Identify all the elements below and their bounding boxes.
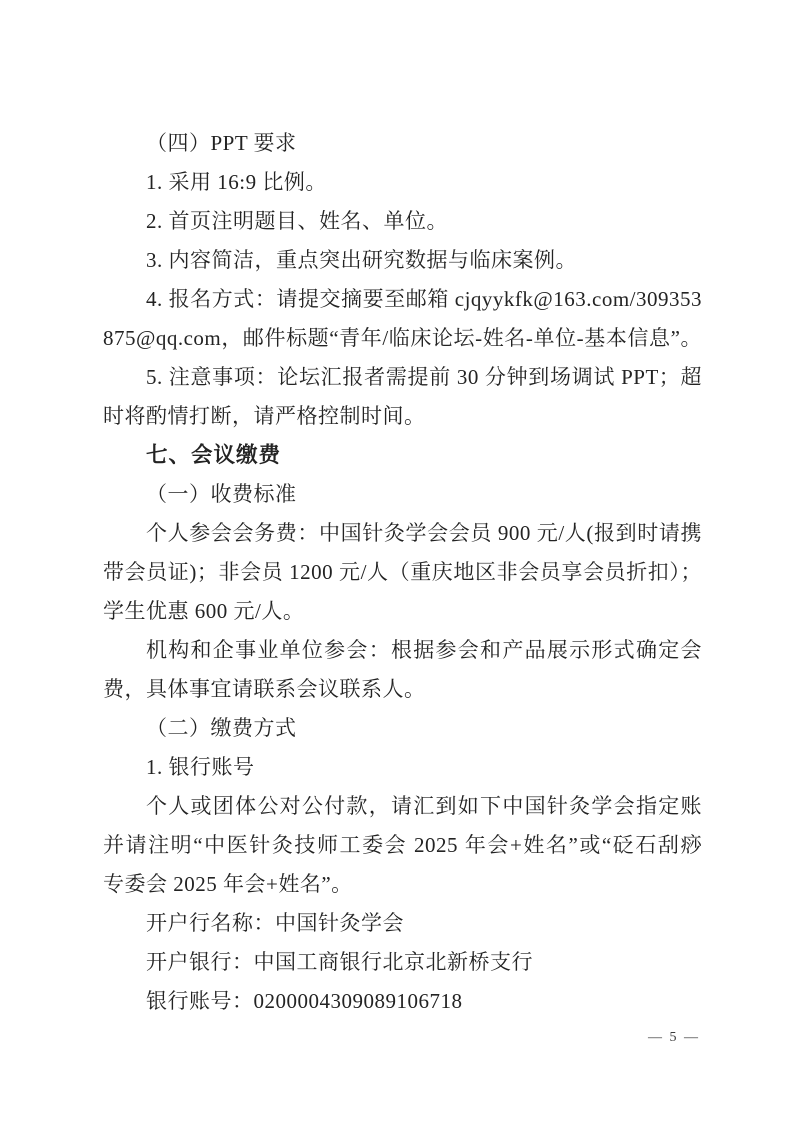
document-line: 费，具体事宜请联系会议联系人。: [103, 670, 702, 709]
document-line: 机构和企事业单位参会：根据参会和产品展示形式确定会务: [103, 631, 702, 670]
document-line: 专委会 2025 年会+姓名”。: [103, 865, 702, 904]
document-line: 个人参会会务费：中国针灸学会会员 900 元/人(报到时请携: [103, 514, 702, 553]
document-page: （四）PPT 要求1. 采用 16:9 比例。2. 首页注明题目、姓名、单位。3…: [0, 0, 800, 1131]
document-line: 1. 采用 16:9 比例。: [103, 163, 702, 202]
document-line: 875@qq.com，邮件标题“青年/临床论坛-姓名-单位-基本信息”。: [103, 319, 702, 358]
document-line: （四）PPT 要求: [103, 124, 702, 163]
document-line: 2. 首页注明题目、姓名、单位。: [103, 202, 702, 241]
document-body: （四）PPT 要求1. 采用 16:9 比例。2. 首页注明题目、姓名、单位。3…: [103, 124, 702, 1021]
page-number: — 5 —: [648, 1028, 700, 1048]
document-line: 1. 银行账号: [103, 748, 702, 787]
document-line: 4. 报名方式：请提交摘要至邮箱 cjqyykfk@163.com/309353: [103, 280, 702, 319]
section-heading: 七、会议缴费: [103, 436, 702, 475]
document-line: 时将酌情打断，请严格控制时间。: [103, 397, 702, 436]
document-line: 银行账号：0200004309089106718: [103, 982, 702, 1021]
document-line: 开户银行：中国工商银行北京北新桥支行: [103, 943, 702, 982]
document-line: 并请注明“中医针灸技师工委会 2025 年会+姓名”或“砭石刮痧: [103, 826, 702, 865]
document-line: （一）收费标准: [103, 475, 702, 514]
document-line: 学生优惠 600 元/人。: [103, 592, 702, 631]
document-line: 带会员证)；非会员 1200 元/人（重庆地区非会员享会员折扣）；: [103, 553, 702, 592]
document-line: 3. 内容简洁，重点突出研究数据与临床案例。: [103, 241, 702, 280]
document-line: 开户行名称：中国针灸学会: [103, 904, 702, 943]
document-line: 个人或团体公对公付款，请汇到如下中国针灸学会指定账户，: [103, 787, 702, 826]
document-line: 5. 注意事项：论坛汇报者需提前 30 分钟到场调试 PPT；超: [103, 358, 702, 397]
document-line: （二）缴费方式: [103, 709, 702, 748]
